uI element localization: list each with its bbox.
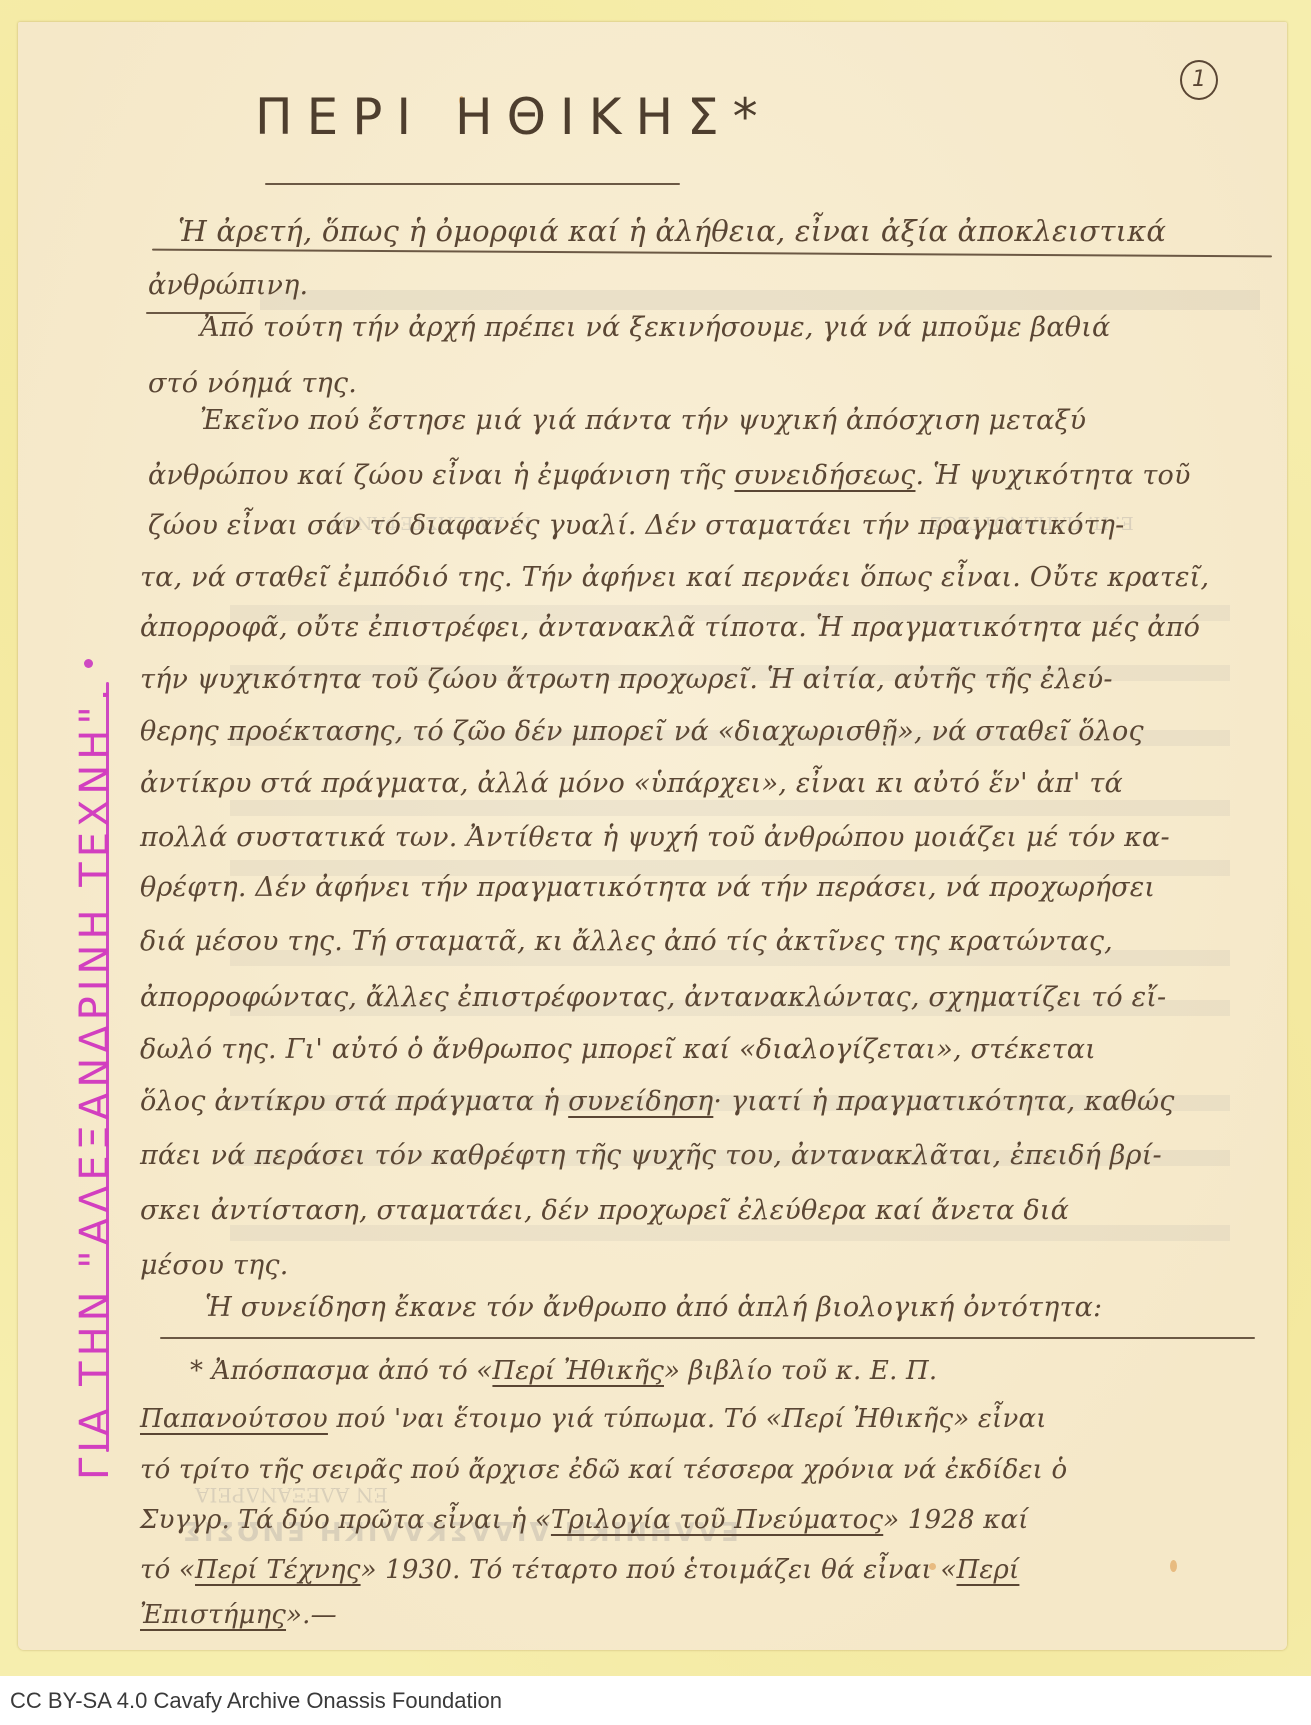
bleed-through-line xyxy=(260,290,1260,310)
footnote-text: πού 'ναι ἕτοιμο γιά τύπωμα. Τό «Περί Ἠθι… xyxy=(328,1404,1047,1434)
paper-stain xyxy=(1170,1560,1177,1572)
page-number: 1 xyxy=(1180,60,1218,100)
body-line: ζώου εἶναι σάν τό διαφανές γυαλί. Δέν στ… xyxy=(148,510,1124,541)
body-line: ἀνθρώπινη. xyxy=(148,270,308,301)
title-underline xyxy=(265,183,680,185)
footnote-text: » 1930. Τό τέταρτο πού ἑτοιμάζει θά εἶνα… xyxy=(361,1555,957,1585)
body-line: Ἐκεῖνο πού ἔστησε μιά γιά πάντα τήν ψυχι… xyxy=(200,405,1086,436)
footnote-line: Ἐπιστήμης».— xyxy=(140,1600,337,1630)
underlined-term: συνείδηση xyxy=(568,1086,713,1117)
body-line: πάει νά περάσει τόν καθρέφτη τῆς ψυχῆς τ… xyxy=(140,1140,1162,1171)
book-title: Περί Ἠθικῆς xyxy=(492,1356,664,1386)
footnote-text: τό « xyxy=(140,1555,195,1585)
body-line: Ἡ ἀρετή, ὅπως ἡ ὀμορφιά καί ἡ ἀλήθεια, ε… xyxy=(178,214,1166,248)
bleed-through-text: ΕΝ ΑΛΕΞΑΝΔΡΕΙΑ xyxy=(195,1483,388,1507)
body-line: ἀνθρώπου καί ζώου εἶναι ἡ ἐμφάνιση τῆς σ… xyxy=(148,460,1191,491)
footnote-line: τό τρίτο τῆς σειρᾶς πού ἄρχισε ἐδῶ καί τ… xyxy=(140,1455,1067,1485)
image-credit: CC BY-SA 4.0 Cavafy Archive Onassis Foun… xyxy=(10,1688,502,1714)
footnote-text: * Ἀπόσπασμα ἀπό τό « xyxy=(190,1356,492,1386)
footnote-line: Παπανούτσου πού 'ναι ἕτοιμο γιά τύπωμα. … xyxy=(140,1404,1047,1434)
body-text: · γιατί ἡ πραγματικότητα, καθώς xyxy=(713,1086,1174,1117)
body-line: ὅλος ἀντίκρυ στά πράγματα ἡ συνείδηση· γ… xyxy=(140,1086,1175,1117)
body-line: σκει ἀντίσταση, σταματάει, δέν προχωρεῖ … xyxy=(140,1195,1069,1226)
body-line: στό νόημά της. xyxy=(148,368,357,399)
underlined-term: συνειδήσεως xyxy=(734,460,915,491)
footnote-line: Συγγρ. Τά δύο πρῶτα εἶναι ἡ «Τριλογία το… xyxy=(140,1505,1029,1535)
body-text: ὅλος ἀντίκρυ στά πράγματα ἡ xyxy=(140,1086,559,1117)
body-line: δωλό της. Γι' αὐτό ὁ ἄνθρωπος μπορεῖ καί… xyxy=(140,1034,1096,1065)
footnote-text: » 1928 καί xyxy=(883,1505,1028,1535)
body-line: τα, νά σταθεῖ ἐμπόδιό της. Τήν ἀφήνει κα… xyxy=(140,562,1209,593)
body-line: ἀπορροφᾶ, οὔτε ἐπιστρέφει, ἀντανακλᾶ τίπ… xyxy=(140,612,1200,643)
body-line: ἀντίκρυ στά πράγματα, ἀλλά μόνο «ὑπάρχει… xyxy=(140,768,1123,799)
footnote-line: * Ἀπόσπασμα ἀπό τό «Περί Ἠθικῆς» βιβλίο … xyxy=(190,1356,937,1386)
body-line: μέσου της. xyxy=(140,1250,289,1281)
margin-note: ΓΙΑ ΤΗΝ "ΑΛΕΞΑΝΔΡΙΝΗ ΤΕΧΝΗ". xyxy=(72,684,118,1480)
bleed-through-line xyxy=(230,800,1230,816)
footnote-line: τό «Περί Τέχνης» 1930. Τό τέταρτο πού ἑτ… xyxy=(140,1555,1019,1585)
document-title: ΠΕΡΙ ΗΘΙΚΗΣ* xyxy=(255,88,772,146)
footnote-text: » βιβλίο τοῦ κ. Ε. Π. xyxy=(664,1356,937,1386)
footnote-text: ».— xyxy=(286,1600,337,1630)
body-line: τήν ψυχικότητα τοῦ ζώου ἄτρωτη προχωρεῖ.… xyxy=(140,664,1113,695)
bleed-through-line xyxy=(230,1225,1230,1241)
book-title: Περί xyxy=(957,1555,1020,1585)
body-line: ἀπορροφώντας, ἄλλες ἐπιστρέφοντας, ἀνταν… xyxy=(140,982,1166,1013)
book-title: Τριλογία τοῦ Πνεύματος xyxy=(551,1505,883,1535)
margin-note-dot xyxy=(84,659,93,668)
body-line: πολλά συστατικά των. Ἀντίθετα ἡ ψυχή τοῦ… xyxy=(140,822,1170,853)
body-line: διά μέσου της. Τή σταματᾶ, κι ἄλλες ἀπό … xyxy=(140,926,1113,957)
footnote-text: Συγγρ. Τά δύο πρῶτα εἶναι ἡ « xyxy=(140,1505,551,1535)
footnote-separator xyxy=(160,1337,1255,1339)
body-line: θερης προέκτασης, τό ζῶο δέν μπορεῖ νά «… xyxy=(140,716,1144,747)
body-line: θρέφτη. Δέν ἀφήνει τήν πραγματικότητα νά… xyxy=(140,872,1155,903)
book-title: Περί Τέχνης xyxy=(195,1555,361,1585)
body-line: Ἀπό τούτη τήν ἀρχή πρέπει νά ξεκινήσουμε… xyxy=(200,312,1110,343)
body-line: Ἡ συνείδηση ἔκανε τόν ἄνθρωπο ἀπό ἁπλή β… xyxy=(205,1292,1102,1323)
body-text: ἀνθρώπου καί ζώου εἶναι ἡ ἐμφάνιση τῆς xyxy=(148,460,726,491)
body-text: . Ἡ ψυχικότητα τοῦ xyxy=(915,460,1190,491)
book-title: Ἐπιστήμης xyxy=(140,1600,286,1630)
author-name: Παπανούτσου xyxy=(140,1404,328,1434)
